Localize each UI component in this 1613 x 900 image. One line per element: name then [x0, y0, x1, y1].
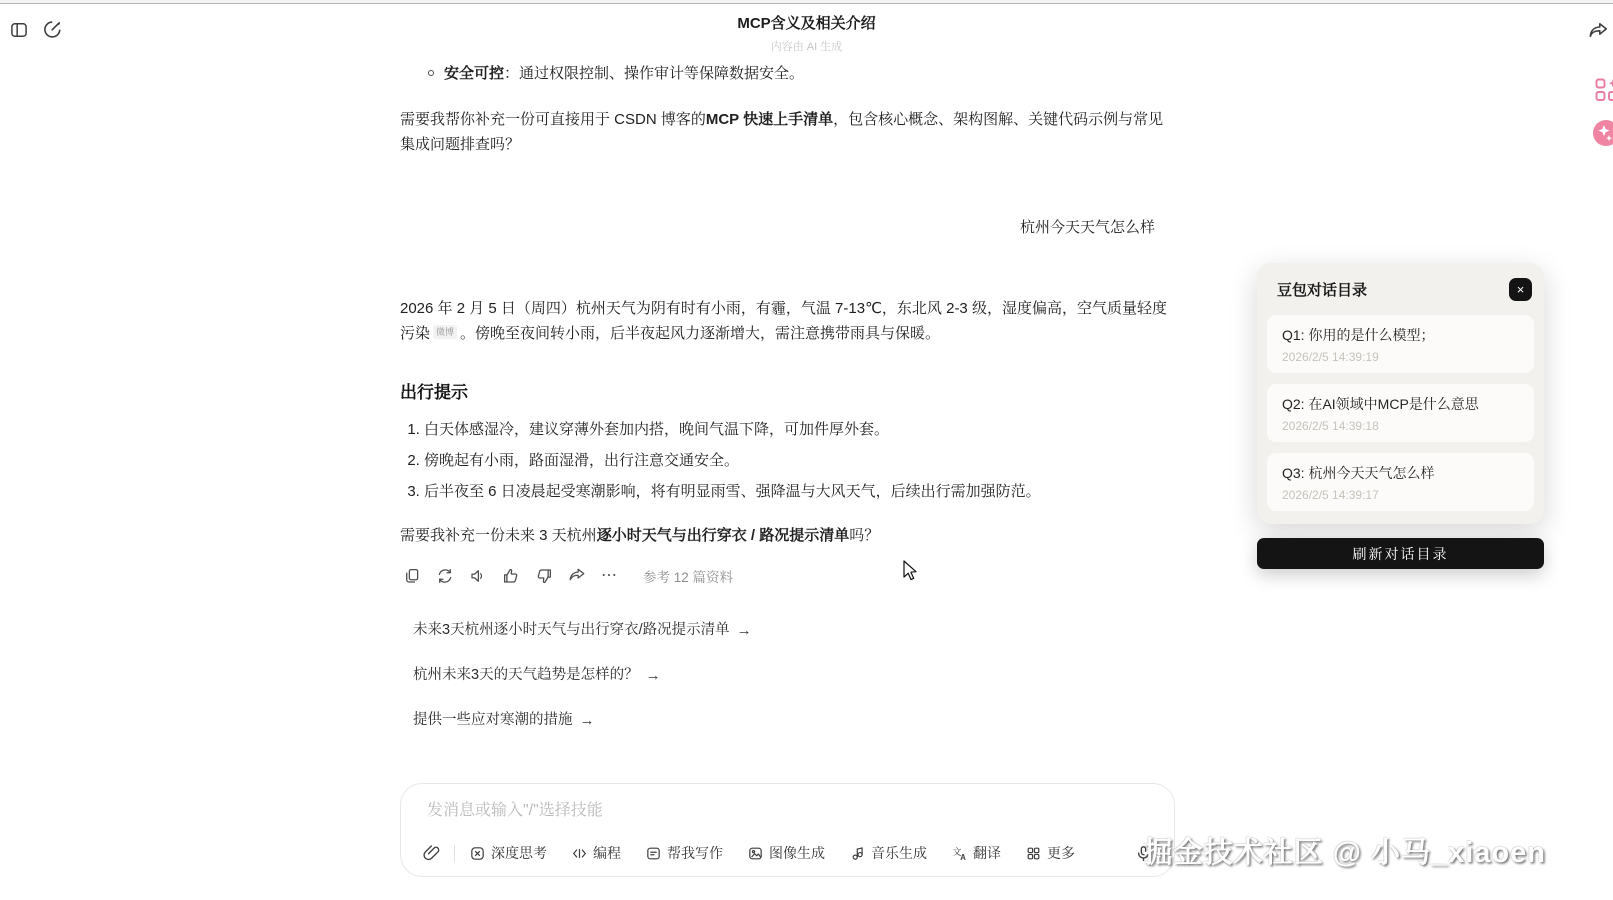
share-message-button[interactable] [568, 566, 586, 586]
image-gen-icon [747, 845, 764, 862]
panel-header: 豆包对话目录 × [1257, 263, 1544, 315]
share-conversation-button[interactable] [1588, 22, 1609, 41]
suggestion-item[interactable]: 未来3天杭州逐小时天气与出行穿衣/路况提示清单 → [413, 608, 752, 653]
attach-file-button[interactable] [422, 844, 441, 863]
item-timestamp: 2026/2/5 14:39:17 [1282, 488, 1519, 502]
bullet-text: 安全可控：通过权限控制、操作审计等保障数据安全。 [444, 61, 804, 86]
tip-item: 傍晚起有小雨，路面湿滑，出行注意交通安全。 [424, 448, 1167, 473]
skill-coding[interactable]: 编程 [571, 843, 621, 863]
panel-item-list: Q1: 你用的是什么模型； 2026/2/5 14:39:19 Q2: 在AI领… [1257, 315, 1544, 511]
arrow-right-icon: → [580, 708, 595, 733]
watermark-text: 掘金技术社区 @ 小马_xiaoen [1144, 830, 1546, 871]
skill-translate[interactable]: 文 A 翻译 [951, 843, 1001, 863]
composer-toolbar: 深度思考 编程 帮我写作 [422, 840, 1153, 866]
item-timestamp: 2026/2/5 14:39:19 [1282, 350, 1519, 364]
arrow-right-icon: → [737, 618, 752, 643]
close-icon: × [1517, 283, 1525, 296]
share-arrow-icon [1588, 22, 1609, 41]
speaker-icon [469, 567, 487, 585]
copy-button[interactable] [403, 566, 421, 586]
skill-deep-think[interactable]: 深度思考 [469, 843, 547, 863]
tips-heading: 出行提示 [400, 380, 468, 405]
music-gen-icon [849, 845, 866, 862]
arrow-right-icon: → [646, 663, 661, 688]
dialog-directory-item[interactable]: Q3: 杭州今天天气怎么样 2026/2/5 14:39:17 [1267, 453, 1534, 511]
writing-icon [645, 845, 662, 862]
tip-item: 后半夜至 6 日凌晨起受寒潮影响，将有明显雨雪、强降温与大风天气，后续出行需加强… [424, 479, 1167, 504]
assistant-closing-question: 需要我补充一份未来 3 天杭州逐小时天气与出行穿衣 / 路况提示清单吗？ [400, 523, 1175, 548]
skill-writing[interactable]: 帮我写作 [645, 843, 723, 863]
assistant-weather-summary: 2026 年 2 月 5 日（周四）杭州天气为阴有时有小雨，有霾，气温 7-13… [400, 296, 1175, 346]
skill-music-gen[interactable]: 音乐生成 [849, 843, 927, 863]
suggestion-item[interactable]: 提供一些应对寒潮的措施 → [413, 698, 752, 743]
toolbar-divider [454, 845, 455, 862]
suggestion-item[interactable]: 杭州未来3天的天气趋势是怎样的？ → [413, 653, 752, 698]
message-composer: 发消息或输入"/"选择技能 深度思考 [400, 783, 1175, 877]
assistant-bullet-item: 安全可控：通过权限控制、操作审计等保障数据安全。 [400, 61, 1175, 86]
deep-think-icon [469, 845, 486, 862]
translate-icon: 文 A [951, 845, 968, 862]
message-action-toolbar: ⋯ 参考 12 篇资料 [403, 566, 733, 586]
close-panel-button[interactable]: × [1509, 278, 1532, 301]
conversation-title: MCP含义及相关介绍 [0, 12, 1613, 33]
doubao-chat-app: MCP含义及相关介绍 内容由 AI 生成 安全可控：通过权限控制、操作审计等保障… [0, 0, 1613, 900]
hollow-bullet-icon [428, 70, 434, 76]
citation-source-badge[interactable]: 微博 [433, 325, 457, 339]
dialog-directory-item[interactable]: Q2: 在AI领域中MCP是什么意思 2026/2/5 14:39:18 [1267, 384, 1534, 442]
refresh-directory-button[interactable]: 刷新对话目录 [1257, 538, 1544, 569]
plugins-sparkle-icon[interactable] [1594, 77, 1613, 103]
share-message-icon [568, 567, 586, 585]
regenerate-icon [436, 567, 454, 585]
dialog-directory-item[interactable]: Q1: 你用的是什么模型； 2026/2/5 14:39:19 [1267, 315, 1534, 373]
thumbs-up-button[interactable] [502, 566, 520, 586]
mouse-cursor [903, 560, 919, 582]
copy-icon [403, 567, 421, 585]
more-grid-icon [1025, 845, 1042, 862]
coding-icon [571, 845, 588, 862]
more-actions-button[interactable]: ⋯ [601, 566, 618, 586]
ai-assistant-badge-icon[interactable] [1592, 119, 1613, 147]
references-link[interactable]: 参考 12 篇资料 [643, 566, 733, 586]
ellipsis-icon: ⋯ [601, 567, 618, 585]
travel-tips-list: 白天体感湿冷，建议穿薄外套加内搭，晚间气温下降，可加件厚外套。 傍晚起有小雨，路… [407, 417, 1167, 510]
panel-title: 豆包对话目录 [1277, 279, 1367, 300]
window-top-border [0, 0, 1613, 4]
paperclip-icon [422, 844, 441, 863]
item-timestamp: 2026/2/5 14:39:18 [1282, 419, 1519, 433]
bullet-term: 安全可控 [444, 65, 504, 82]
suggested-questions: 未来3天杭州逐小时天气与出行穿衣/路况提示清单 → 杭州未来3天的天气趋势是怎样… [413, 608, 752, 743]
tip-item: 白天体感湿冷，建议穿薄外套加内搭，晚间气温下降，可加件厚外套。 [424, 417, 1167, 442]
thumbs-up-icon [502, 567, 520, 585]
thumbs-down-icon [535, 567, 553, 585]
ai-generated-note: 内容由 AI 生成 [0, 38, 1613, 54]
regenerate-button[interactable] [436, 566, 454, 586]
user-message: 杭州今天天气怎么样 [400, 215, 1175, 240]
thumbs-down-button[interactable] [535, 566, 553, 586]
message-input[interactable]: 发消息或输入"/"选择技能 [427, 797, 1148, 820]
skill-more[interactable]: 更多 [1025, 843, 1075, 863]
conversation-header: MCP含义及相关介绍 内容由 AI 生成 [0, 12, 1613, 54]
read-aloud-button[interactable] [469, 566, 487, 586]
dialog-directory-card: 豆包对话目录 × Q1: 你用的是什么模型； 2026/2/5 14:39:19… [1257, 263, 1544, 524]
assistant-followup-question: 需要我帮你补充一份可直接用于 CSDN 博客的MCP 快速上手清单，包含核心概念… [400, 107, 1175, 157]
skill-image-gen[interactable]: 图像生成 [747, 843, 825, 863]
svg-text:A: A [960, 852, 966, 861]
dialog-directory-panel: 豆包对话目录 × Q1: 你用的是什么模型； 2026/2/5 14:39:19… [1257, 263, 1544, 569]
